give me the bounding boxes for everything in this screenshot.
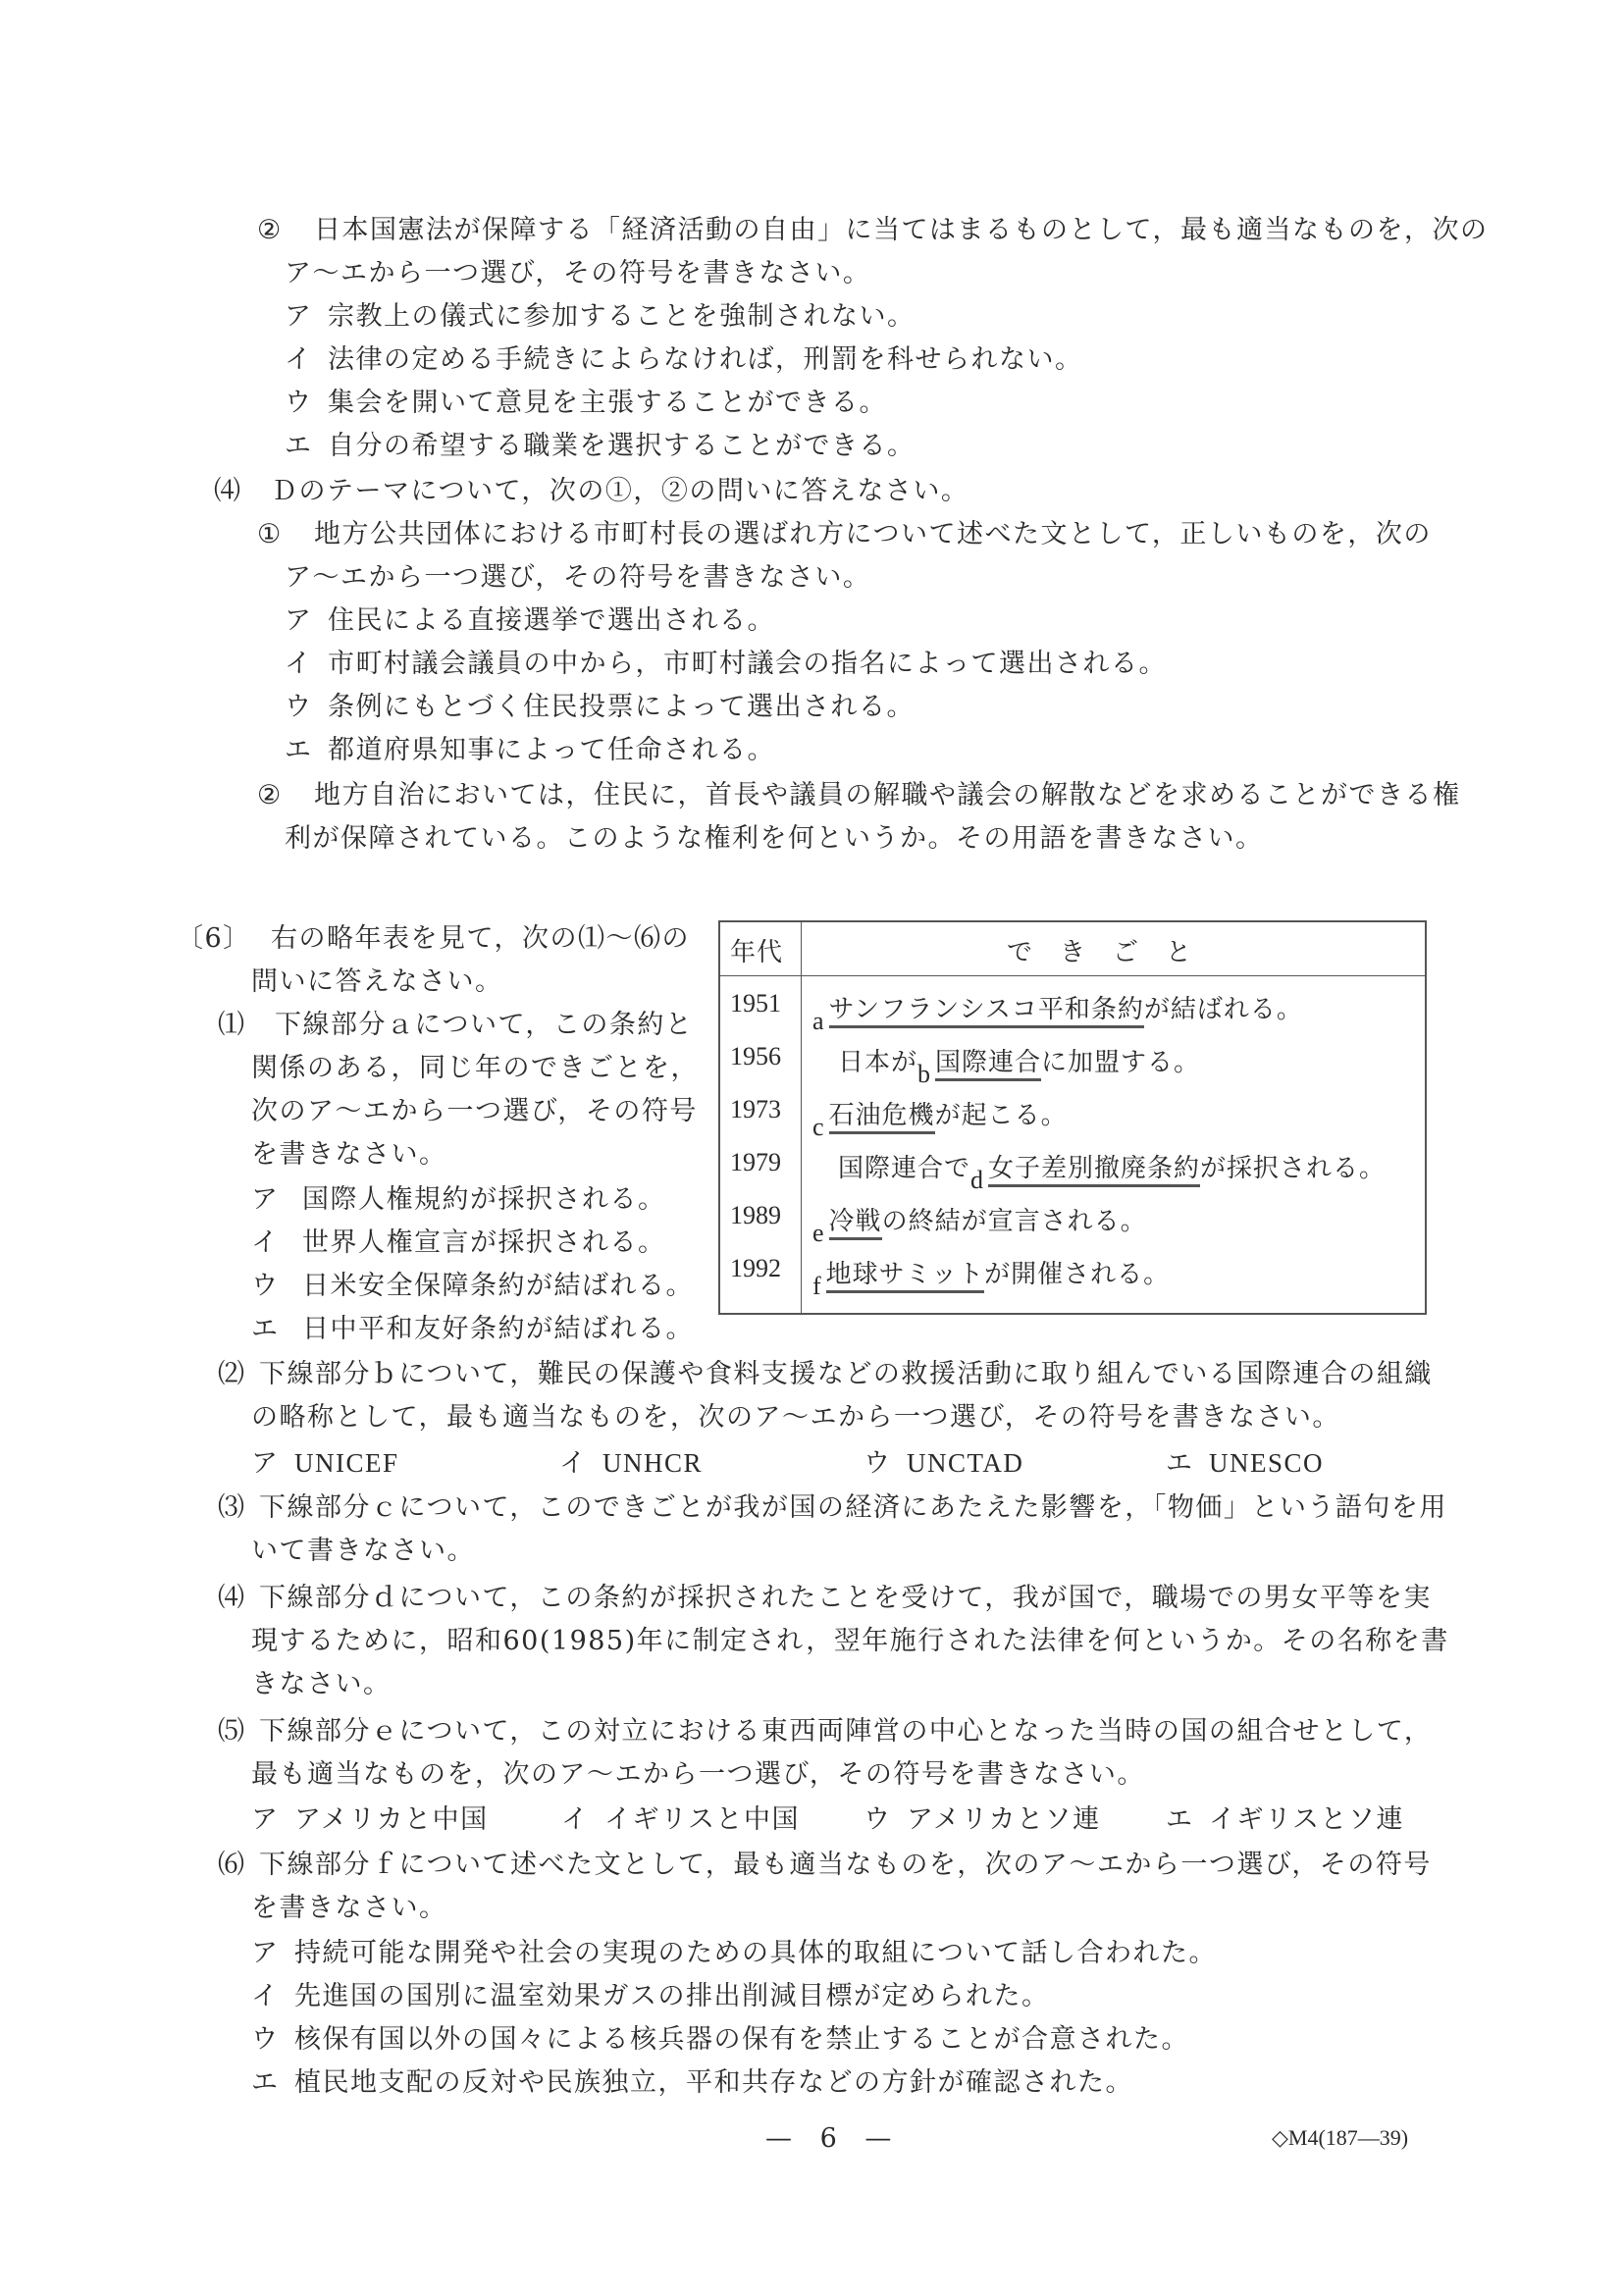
question-line: ⑵下線部分ｂについて，難民の保護や食料支援などの救援活動に取り組んでいる国際連合… [218,1358,1433,1391]
choice-i: イ世界人権宣言が採択される。 [251,1226,666,1260]
question-line: 関係のある，同じ年のできごとを， [251,1052,699,1085]
underline-letter: b [917,1060,931,1088]
underlined-term: 地球サミット [826,1260,984,1293]
question-number: ① [257,518,314,551]
choice-text: 国際人権規約が採択される。 [302,1184,666,1215]
section-header: 〔6〕右の略年表を見て，次の⑴～⑹の [177,922,690,956]
underline-letter: f [812,1272,822,1300]
choice-text: 自分の希望する職業を選択することができる。 [328,431,916,461]
timeline-row: 1951 aサンフランシスコ平和条約が結ばれる。 [720,981,1425,1032]
question-line: ②地方自治においては，住民に，首長や議員の解職や議会の解散などを求めることができ… [257,779,1461,812]
choice-text: 日中平和友好条約が結ばれる。 [302,1314,694,1344]
choice-u: ウアメリカとソ連 [864,1803,1101,1837]
choice-text: 住民による直接選挙で選出される。 [328,605,775,636]
event-cell: 日本がb国際連合に加盟する。 [838,1042,1200,1078]
choice-text: 都道府県知事によって任命される。 [328,735,775,765]
choice-text: 条例にもとづく住民投票によって選出される。 [328,692,915,722]
question-line: を書きなさい。 [251,1892,447,1925]
year-cell: 1979 [730,1148,781,1177]
year-cell: 1992 [730,1254,781,1283]
event-cell: aサンフランシスコ平和条約が結ばれる。 [812,989,1303,1025]
choice-a: ア国際人権規約が採択される。 [251,1183,666,1217]
choice-a: ア住民による直接選挙で選出される。 [285,604,775,638]
choice-label: イ [561,1803,604,1837]
choice-u: ウ集会を開いて意見を主張することができる。 [285,387,887,420]
event-pre: 国際連合で [838,1154,970,1183]
question-number: ② [257,779,314,812]
question-text: 下線部分ｅについて，この対立における東西両陣営の中心となった当時の国の組合せとし… [259,1716,1432,1747]
question-number: ⑸ [218,1715,259,1748]
event-post: の終結が宣言される。 [882,1207,1147,1236]
question-number: ⑵ [218,1358,259,1391]
section-intro: 問いに答えなさい。 [251,965,503,999]
event-cell: f地球サミットが開催される。 [812,1254,1170,1290]
choice-text: 持続可能な開発や社会の実現のための具体的取組について話し合われた。 [294,1938,1217,1968]
event-cell: 国際連合でd女子差別撤廃条約が採択される。 [838,1148,1386,1184]
choice-e: エ植民地支配の反対や民族独立，平和共存などの方針が確認された。 [251,2066,1133,2100]
event-pre: 日本が [838,1048,917,1077]
choice-label: ア [285,300,328,334]
question-line: ア～エから一つ選び，その符号を書きなさい。 [285,561,870,595]
header-event: できごと [801,932,1425,968]
choice-a: ア宗教上の儀式に参加することを強制されない。 [285,300,916,334]
choice-i: イ法律の定める手続きによらなければ，刑罰を科せられない。 [285,343,1083,377]
choice-label: ア [285,604,328,638]
year-cell: 1951 [730,989,781,1018]
year-cell: 1956 [730,1042,781,1071]
choice-a: アUNICEF [251,1446,399,1480]
choice-text: 先進国の国別に温室効果ガスの排出削減目標が定められた。 [294,1981,1050,2011]
underline-letter: d [970,1166,984,1194]
question-line: ⑴下線部分ａについて，この条約と [218,1009,693,1042]
question-text: 下線部分ｆについて述べた文として，最も適当なものを，次のア～エから一つ選び，その… [259,1850,1432,1880]
event-post: が結ばれる。 [1144,995,1303,1024]
underlined-term: サンフランシスコ平和条約 [829,995,1144,1028]
choice-e: エUNESCO [1166,1446,1324,1480]
event-cell: e冷戦の終結が宣言される。 [812,1201,1147,1237]
question-line: ②日本国憲法が保障する「経済活動の自由」に当てはまるものとして，最も適当なものを… [257,214,1488,247]
choice-e: エ都道府県知事によって任命される。 [285,734,775,767]
choice-label: イ [251,1980,294,2013]
choice-e: エイギリスとソ連 [1166,1803,1404,1837]
timeline-row: 1992 f地球サミットが開催される。 [720,1246,1425,1297]
question-text: 地方公共団体における市町村長の選ばれ方について述べた文として，正しいものを，次の [314,519,1432,549]
section-number: 〔6〕 [177,922,271,956]
choice-label: エ [1166,1446,1209,1480]
choice-label: イ [559,1446,602,1480]
underline-letter: c [812,1113,825,1141]
choice-label: ウ [864,1446,907,1480]
question-line: ⑹下線部分ｆについて述べた文として，最も適当なものを，次のア～エから一つ選び，そ… [218,1849,1432,1882]
question-text: Ｄのテーマについて，次の①，②の問いに答えなさい。 [271,476,969,506]
choice-u: ウ核保有国以外の国々による核兵器の保有を禁止することが合意された。 [251,2023,1189,2057]
underline-letter: a [812,1007,825,1035]
question-number: ⑷ [214,475,271,508]
choice-a: ア持続可能な開発や社会の実現のための具体的取組について話し合われた。 [251,1937,1217,1970]
choice-label: ウ [864,1803,907,1837]
choice-u: ウ条例にもとづく住民投票によって選出される。 [285,691,915,724]
choice-label: ウ [285,387,328,420]
choice-text: 宗教上の儀式に参加することを強制されない。 [328,301,916,332]
question-line: 最も適当なものを，次のア～エから一つ選び，その符号を書きなさい。 [251,1758,1145,1792]
underlined-term: 冷戦 [829,1207,882,1240]
question-number: ⑷ [218,1582,259,1615]
year-cell: 1989 [730,1201,781,1230]
choice-text: 市町村議会議員の中から，市町村議会の指名によって選出される。 [328,649,1167,679]
question-line: ⑷下線部分ｄについて，この条約が採択されたことを受けて，我が国で，職場での男女平… [218,1582,1432,1615]
question-number: ② [257,214,314,247]
choice-label: エ [285,430,328,463]
timeline-row: 1989 e冷戦の終結が宣言される。 [720,1193,1425,1244]
timeline-row: 1979 国際連合でd女子差別撤廃条約が採択される。 [720,1140,1425,1191]
choice-i: イ市町村議会議員の中から，市町村議会の指名によって選出される。 [285,648,1167,681]
event-post: が開催される。 [984,1260,1170,1289]
choice-label: エ [1166,1803,1209,1837]
choice-label: ア [251,1937,294,1970]
question-line: ⑷Ｄのテーマについて，次の①，②の問いに答えなさい。 [214,475,969,508]
choice-label: ウ [251,2023,294,2057]
choice-text: UNESCO [1209,1448,1324,1478]
choice-text: アメリカとソ連 [907,1804,1101,1835]
question-line: 利が保障されている。このような権利を何というか。その用語を書きなさい。 [285,822,1264,856]
choice-text: 法律の定める手続きによらなければ，刑罰を科せられない。 [328,344,1083,375]
question-text: 下線部分ｂについて，難民の保護や食料支援などの救援活動に取り組んでいる国際連合の… [259,1359,1433,1389]
choice-e: エ自分の希望する職業を選択することができる。 [285,430,916,463]
choice-label: エ [251,1313,302,1346]
year-cell: 1973 [730,1095,781,1124]
question-text: 下線部分ｃについて，このできごとが我が国の経済にあたえた影響を，「物価」という語… [259,1492,1447,1523]
underlined-term: 国際連合 [935,1048,1041,1081]
page-number: — 6 — [765,2123,901,2154]
underlined-term: 石油危機 [829,1101,935,1134]
choice-label: エ [285,734,328,767]
header-year: 年代 [730,932,783,968]
choice-e: エ日中平和友好条約が結ばれる。 [251,1313,694,1346]
question-line: ア～エから一つ選び，その符号を書きなさい。 [285,257,870,290]
timeline-table: 年代 できごと 1951 aサンフランシスコ平和条約が結ばれる。 1956 日本… [718,920,1427,1315]
header-divider [720,975,1425,976]
choice-text: アメリカと中国 [294,1804,489,1835]
choice-i: イUNHCR [559,1446,703,1480]
underlined-term: 女子差別撤廃条約 [988,1154,1200,1187]
choice-label: エ [251,2066,294,2100]
event-post: が採択される。 [1200,1154,1386,1183]
choice-text: 日米安全保障条約が結ばれる。 [302,1271,694,1301]
exam-code: ◇M4(187—39) [1272,2125,1408,2151]
question-line: 現するために，昭和60(1985)年に制定され，翌年施行された法律を何というか。… [251,1625,1449,1658]
question-number: ⑴ [218,1009,275,1042]
choice-i: イイギリスと中国 [561,1803,800,1837]
choice-label: ア [251,1446,294,1480]
choice-label: ウ [251,1270,302,1303]
choice-label: ア [251,1183,302,1217]
question-line: ⑸下線部分ｅについて，この対立における東西両陣営の中心となった当時の国の組合せと… [218,1715,1432,1748]
choice-text: 世界人権宣言が採択される。 [302,1227,666,1258]
event-cell: c石油危機が起こる。 [812,1095,1068,1131]
question-line: きなさい。 [251,1668,392,1701]
question-line: いて書きなさい。 [251,1535,475,1568]
question-text: 地方自治においては，住民に，首長や議員の解職や議会の解散などを求めることができる… [314,780,1461,810]
question-line: ⑶下線部分ｃについて，このできごとが我が国の経済にあたえた影響を，「物価」という… [218,1491,1447,1525]
choice-text: イギリスと中国 [604,1804,800,1835]
choice-a: アアメリカと中国 [251,1803,489,1837]
choice-label: ウ [285,691,328,724]
choice-label: イ [285,343,328,377]
section-intro: 右の略年表を見て，次の⑴～⑹の [271,923,690,954]
question-number: ⑶ [218,1491,259,1525]
choice-label: ア [251,1803,294,1837]
choice-text: UNICEF [294,1448,399,1478]
choice-text: イギリスとソ連 [1209,1804,1404,1835]
underline-letter: e [812,1219,825,1247]
question-number: ⑹ [218,1849,259,1882]
choice-u: ウUNCTAD [864,1446,1023,1480]
choice-label: イ [285,648,328,681]
question-text: 下線部分ａについて，この条約と [275,1010,693,1040]
event-post: が起こる。 [935,1101,1068,1130]
choice-text: UNCTAD [907,1448,1023,1478]
choice-label: イ [251,1226,302,1260]
choice-i: イ先進国の国別に温室効果ガスの排出削減目標が定められた。 [251,1980,1050,2013]
question-line: の略称として，最も適当なものを，次のア～エから一つ選び，その符号を書きなさい。 [251,1401,1340,1435]
choice-text: UNHCR [602,1448,703,1478]
question-text: 日本国憲法が保障する「経済活動の自由」に当てはまるものとして，最も適当なものを，… [314,215,1488,245]
question-line: ①地方公共団体における市町村長の選ばれ方について述べた文として，正しいものを，次… [257,518,1432,551]
choice-u: ウ日米安全保障条約が結ばれる。 [251,1270,694,1303]
question-line: 次のア～エから一つ選び，その符号 [251,1095,698,1128]
event-post: に加盟する。 [1041,1048,1200,1077]
timeline-row: 1973 c石油危機が起こる。 [720,1087,1425,1138]
question-line: を書きなさい。 [251,1138,447,1172]
choice-text: 植民地支配の反対や民族独立，平和共存などの方針が確認された。 [294,2067,1133,2098]
question-text: 下線部分ｄについて，この条約が採択されたことを受けて，我が国で，職場での男女平等… [259,1583,1432,1613]
timeline-row: 1956 日本がb国際連合に加盟する。 [720,1034,1425,1085]
choice-text: 集会を開いて意見を主張することができる。 [328,388,887,418]
choice-text: 核保有国以外の国々による核兵器の保有を禁止することが合意された。 [294,2024,1189,2055]
